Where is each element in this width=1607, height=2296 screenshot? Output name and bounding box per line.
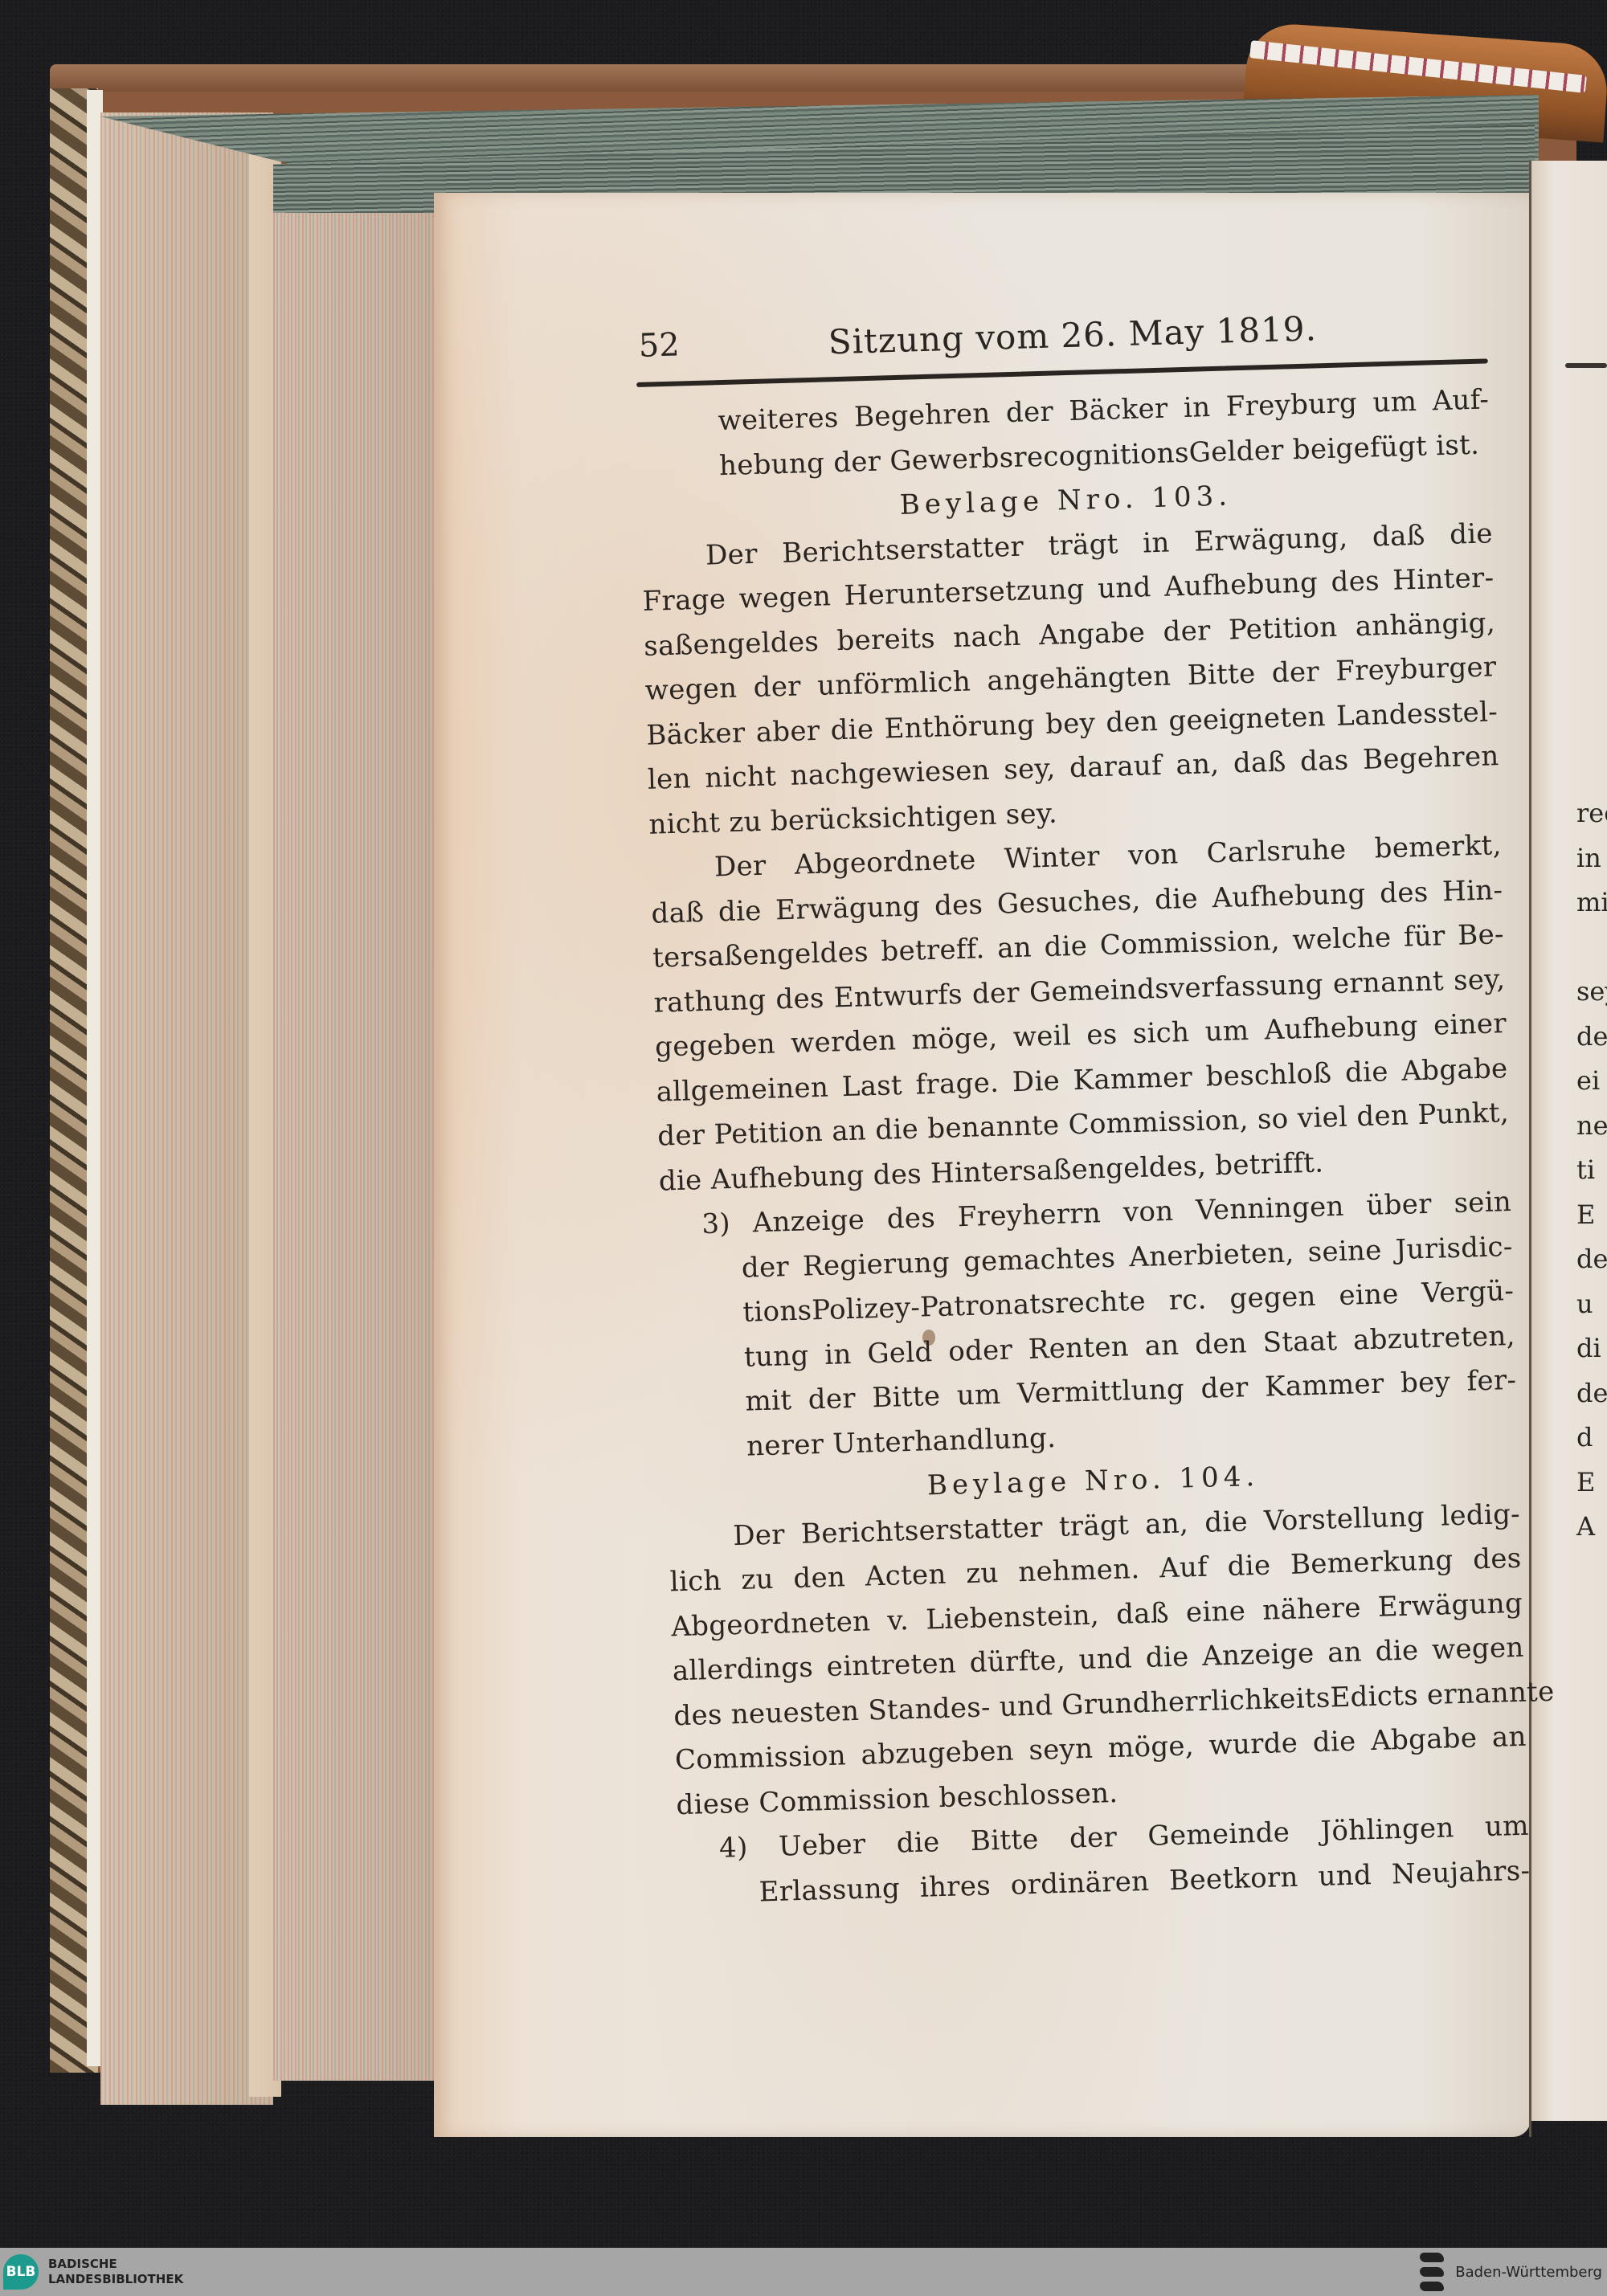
library-name-line2: LANDESBIBLIOTHEK bbox=[48, 2272, 183, 2287]
book-scan: 52 Sitzung vom 26. May 1819. weiteres Be… bbox=[0, 0, 1607, 2248]
facing-line-fragment: d bbox=[1576, 1416, 1607, 1461]
facing-line-fragment: E bbox=[1576, 1193, 1607, 1238]
page-stack-edge-inner bbox=[273, 169, 434, 2081]
facing-line-fragment: de bbox=[1576, 1237, 1607, 1282]
facing-line-fragment: E bbox=[1576, 1461, 1607, 1505]
facing-line-fragment: de bbox=[1576, 1371, 1607, 1416]
library-logo[interactable]: BLB BADISCHE LANDESBIBLIOTHEK bbox=[0, 2248, 183, 2296]
facing-line-fragment: in bbox=[1576, 836, 1607, 881]
facing-line-fragment: mi bbox=[1576, 880, 1607, 925]
facing-line-fragment: u bbox=[1576, 1282, 1607, 1327]
library-name: BADISCHE LANDESBIBLIOTHEK bbox=[48, 2257, 183, 2287]
three-lions-icon bbox=[1420, 2253, 1445, 2291]
page-number: 52 bbox=[638, 326, 680, 364]
facing-page-text: recinmiseydeeinetiEdeudidedEA bbox=[1576, 791, 1607, 1550]
footer-bar: BLB BADISCHE LANDESBIBLIOTHEK Baden-Würt… bbox=[0, 2248, 1607, 2296]
facing-line-fragment: A bbox=[1576, 1505, 1607, 1550]
facing-page-head-rule bbox=[1565, 363, 1607, 368]
body-text: weiteres Begehren der Bäcker in Freyburg… bbox=[637, 378, 1531, 1917]
facing-line-fragment: ne bbox=[1576, 1104, 1607, 1149]
facing-line-fragment: ti bbox=[1576, 1148, 1607, 1193]
page-text: 52 Sitzung vom 26. May 1819. weiteres Be… bbox=[635, 297, 1531, 1917]
running-title: Sitzung vom 26. May 1819. bbox=[828, 308, 1317, 362]
facing-line-fragment: ei bbox=[1576, 1059, 1607, 1104]
library-name-line1: BADISCHE bbox=[48, 2257, 183, 2272]
facing-line-fragment: de bbox=[1576, 1015, 1607, 1060]
blb-badge-icon: BLB bbox=[3, 2254, 39, 2290]
facing-line-fragment: di bbox=[1576, 1326, 1607, 1371]
facing-line-fragment bbox=[1576, 925, 1607, 970]
facing-line-fragment: sey bbox=[1576, 970, 1607, 1015]
state-logo[interactable]: Baden-Württemberg bbox=[1420, 2253, 1602, 2291]
page-stack-edge-outer bbox=[100, 112, 273, 2105]
state-name: Baden-Württemberg bbox=[1455, 2264, 1602, 2281]
facing-line-fragment: rec bbox=[1576, 791, 1607, 836]
